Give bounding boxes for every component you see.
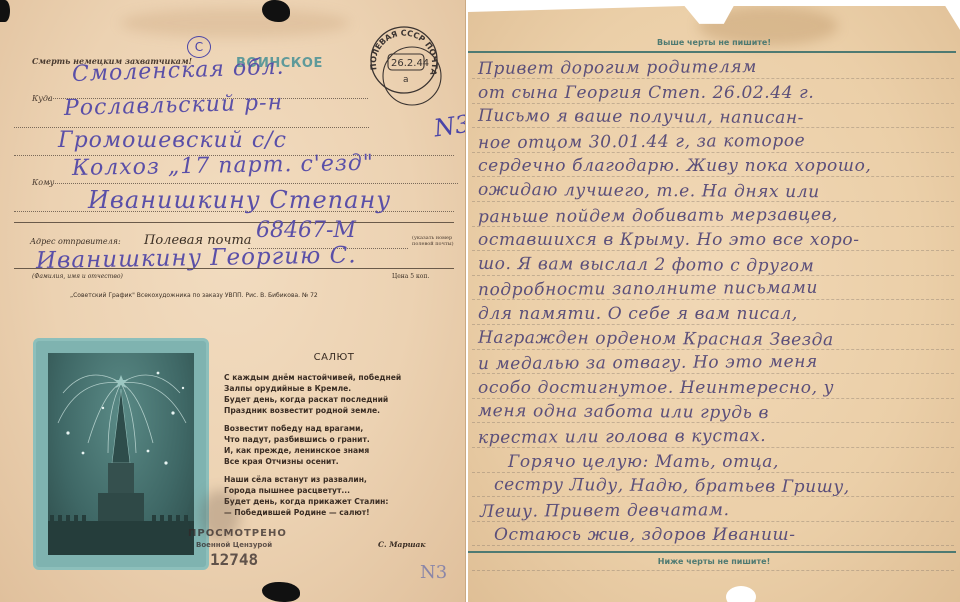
- margin-mark: N3: [432, 110, 466, 143]
- postmark-stamp: ПОЛЕВАЯ СССР ПОЧТА 26.2.44 а: [366, 24, 448, 106]
- ruled-line: [472, 496, 954, 497]
- publisher-imprint: „Советский График" Всекохудожника по зак…: [70, 292, 318, 299]
- poem-stanza: Возвестит победу над врагами, Что падут,…: [224, 423, 444, 467]
- poem-line: Что падут, разбившись о гранит.: [224, 434, 444, 445]
- letter-line: особо достигнутое. Неинтересно, у: [478, 378, 834, 398]
- address-line-4: Колхоз „17 парт. с'езд": [72, 151, 374, 181]
- letter-line: Привет дорогим родителям: [478, 57, 757, 79]
- address-line: [48, 183, 458, 184]
- poem-line: Залпы орудийные в Кремле.: [224, 383, 444, 394]
- letter-line: Письмо я ваше получил, написан-: [478, 106, 804, 128]
- sender-label: Адрес отправителя:: [30, 237, 121, 246]
- letter-line: раньше пойдем добивать мерзавцев,: [478, 204, 838, 227]
- kremlin-tower-icon: [48, 353, 194, 555]
- bottom-notice: Ниже черты не пишите!: [468, 557, 960, 566]
- name-hint: (Фамилия, имя и отчество): [32, 273, 123, 280]
- sender-name: Иванишкину Георгию С.: [36, 242, 357, 274]
- divider: [14, 268, 454, 269]
- letter-line: для памяти. О себе я вам писал,: [478, 304, 798, 324]
- poem-line: Наши сёла встанут из развалин,: [224, 474, 444, 485]
- stain: [120, 8, 350, 38]
- poem-title: САЛЮТ: [224, 352, 444, 363]
- letter-line: Лешу. Привет девчатам.: [480, 500, 730, 522]
- ruled-line: [472, 176, 954, 177]
- address-line-3: Громошевский с/с: [58, 128, 287, 153]
- letter-line: крестах или голова в кустах.: [478, 426, 766, 448]
- ruled-line: [472, 545, 954, 546]
- ruled-line: [472, 250, 954, 251]
- field-post-number: 68467-М: [256, 218, 356, 243]
- envelope-side: Смерть немецким захватчикам! С ВОИНСКОЕ …: [0, 0, 466, 602]
- price-label: Цена 5 коп.: [392, 273, 429, 280]
- poem-line: Праздник возвестит родной земле.: [224, 405, 444, 416]
- poem-line: Будет день, когда прикажет Сталин:: [224, 496, 444, 507]
- postmark-letter: а: [403, 75, 409, 85]
- letter-line: сестру Лиду, Надю, братьев Гришу,: [494, 475, 850, 497]
- censor-stamp-number: 12748: [210, 550, 258, 569]
- ruled-line: [472, 472, 954, 473]
- letter-line: оставшихся в Крыму. Но это все хоро-: [478, 230, 860, 250]
- ruled-line: [472, 570, 954, 571]
- poem-line: Все края Отчизны осенит.: [224, 456, 444, 467]
- letter-line: и медалью за отвагу. Но это меня: [478, 352, 818, 374]
- divider: [14, 222, 454, 223]
- letter-side: Выше черты не пишите! Привет дорогим род…: [468, 6, 960, 602]
- letter-line: от сына Георгия Степ. 26.02.44 г.: [478, 83, 814, 103]
- letter-line: Остаюсь жив, здоров Иваниш-: [494, 525, 796, 545]
- poem-line: С каждым днём настойчивей, победней: [224, 372, 444, 383]
- pencil-mark: N3: [420, 562, 447, 583]
- poem-line: И, как прежде, ленинское знамя: [224, 445, 444, 456]
- field-post-hint: (указать номер полевой почты): [412, 235, 460, 247]
- ruled-line: [472, 324, 954, 325]
- postmark-date: 26.2.44: [391, 58, 429, 69]
- corner-damage: [0, 0, 10, 22]
- letter-line: ожидаю лучшего, т.е. На днях или: [478, 180, 820, 202]
- bottom-rule: [468, 551, 956, 553]
- address-line-2: Рославльский р-н: [64, 90, 284, 121]
- letter-line: шо. Я вам выслал 2 фото с другом: [478, 254, 814, 276]
- censor-stamp-line1: ПРОСМОТРЕНО: [188, 528, 287, 539]
- poem-stanza: С каждым днём настойчивей, победней Залп…: [224, 372, 444, 416]
- address-line-5: Иванишкину Степану: [88, 186, 391, 214]
- kremlin-salute-illustration: [33, 338, 209, 570]
- letter-line: Горячо целую: Мать, отца,: [508, 452, 779, 472]
- letter-line: сердечно благодарю. Живу пока хорошо,: [478, 156, 871, 176]
- tear-hole: [726, 586, 756, 602]
- circled-mark: С: [187, 36, 211, 58]
- ruled-line: [472, 398, 954, 399]
- illustration-scene: [48, 353, 194, 555]
- censor-stamp-line2: Военной Цензурой: [196, 541, 272, 549]
- letter-line: Награжден орденом Красная Звезда: [478, 327, 834, 349]
- poem-author: С. Маршак: [378, 540, 425, 549]
- salute-poem: САЛЮТ С каждым днём настойчивей, победне…: [224, 352, 444, 525]
- poem-line: Будет день, когда раскат последний: [224, 394, 444, 405]
- top-rule: [468, 51, 956, 53]
- poem-line: Возвестит победу над врагами,: [224, 423, 444, 434]
- burn-hole: [262, 0, 290, 22]
- ruled-line: [472, 103, 954, 104]
- letter-line: ное отцом 30.01.44 г, за которое: [478, 131, 805, 153]
- letter-line: меня одна забота или грудь в: [478, 401, 769, 423]
- poem-line: — Победившей Родине — салют!: [224, 507, 444, 518]
- burn-hole: [262, 582, 300, 602]
- letter-line: подробности заполните письмами: [478, 278, 818, 300]
- top-notice: Выше черты не пишите!: [468, 38, 960, 47]
- poem-stanza: Наши сёла встанут из развалин, Города пы…: [224, 474, 444, 518]
- poem-line: Города пышнее расцветут...: [224, 485, 444, 496]
